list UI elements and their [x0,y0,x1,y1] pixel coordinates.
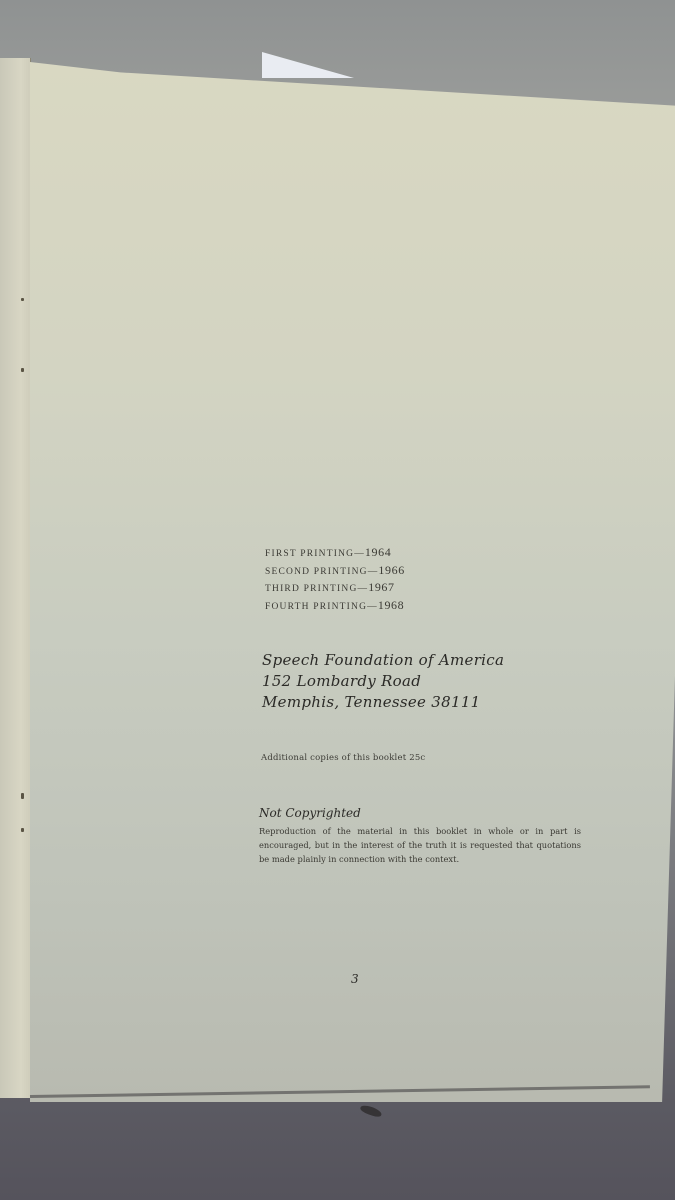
publisher-address: Speech Foundation of America 152 Lombard… [262,650,504,713]
printing-year: 1964 [365,545,391,559]
printing-entry: FOURTH PRINTING—1968 [265,598,405,616]
page-content: FIRST PRINTING—1964 SECOND PRINTING—1966… [0,0,675,1200]
separator: — [367,602,378,612]
printing-label: THIRD PRINTING [265,584,358,594]
printing-label: FOURTH PRINTING [265,602,367,612]
printing-entry: FIRST PRINTING—1964 [265,545,405,563]
separator: — [358,584,369,594]
copyright-notice-body: Reproduction of the material in this boo… [259,824,581,866]
publisher-city: Memphis, Tennessee 38111 [262,692,504,713]
printing-entry: SECOND PRINTING—1966 [265,563,405,581]
page-number: 3 [351,972,359,986]
price-note: Additional copies of this booklet 25c [261,753,425,763]
publisher-name: Speech Foundation of America [262,650,504,671]
printing-label: FIRST PRINTING [265,549,354,559]
printing-history: FIRST PRINTING—1964 SECOND PRINTING—1966… [265,545,405,615]
separator: — [354,549,365,559]
printing-year: 1966 [378,563,404,577]
copyright-notice-title: Not Copyrighted [259,806,361,820]
printing-year: 1967 [368,580,394,594]
publisher-street: 152 Lombardy Road [262,671,504,692]
printing-entry: THIRD PRINTING—1967 [265,580,405,598]
printing-year: 1968 [378,598,404,612]
separator: — [368,567,379,577]
printing-label: SECOND PRINTING [265,567,368,577]
